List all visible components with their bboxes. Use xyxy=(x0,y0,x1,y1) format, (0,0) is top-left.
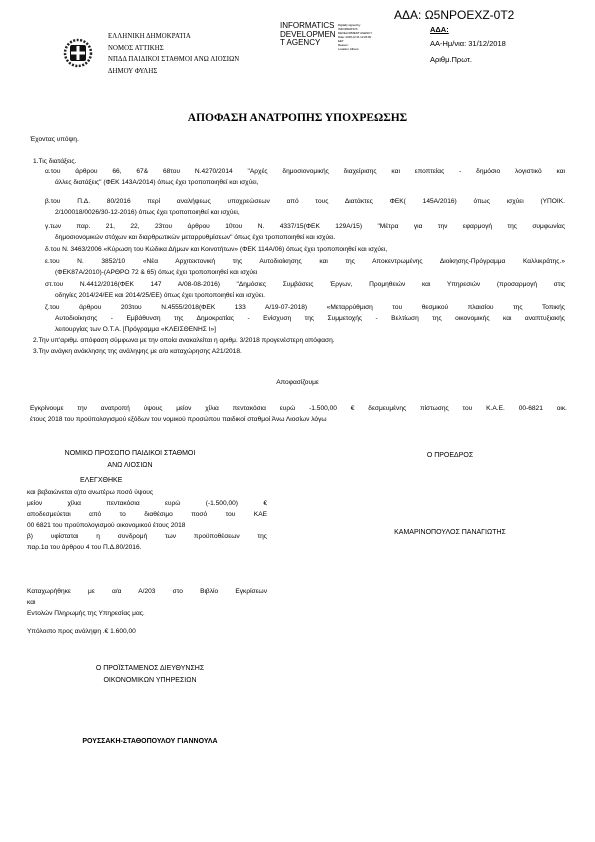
balance-remaining: Υπόλοιπο προς ανάληψη .€ 1.600,00 xyxy=(27,627,136,638)
org-line: ΝΠΔΔ ΠΑΙΔΙΚΟΙ ΣΤΑΘΜΟΙ ΑΝΩ ΛΙΟΣΙΩΝ xyxy=(108,54,239,66)
registered-line3: Εντολών Πληρωμής της Υπηρεσίας μας. xyxy=(27,609,145,620)
director-title-line2: ΟΙΚΟΝΟΜΙΚΩΝ ΥΠΗΡΕΣΙΩΝ xyxy=(30,676,270,687)
director-name: ΡΟΥΣΣΑΚΗ-ΣΤΑΘΟΠΟΥΛΟΥ ΓΙΑΝΝΟΥΛΑ xyxy=(30,737,270,748)
provision-b-line2: 2/100018/0026/30-12-2016) όπως έχει τροπ… xyxy=(55,208,240,219)
document-title: ΑΠΟΦΑΣΗ ΑΝΑΤΡΟΠΗΣ ΥΠΟΧΡΕΩΣΗΣ xyxy=(0,112,595,124)
item-2: 2.Την υπ'αριθμ. απόφαση σύμφωνα με την ο… xyxy=(33,336,335,347)
signing-agency-label: INFORMATICS DEVELOPMEN T AGENCY xyxy=(280,22,336,48)
provision-b-line1: β.του Π.Δ. 80/2016 περί αναλήψεως υποχρε… xyxy=(45,197,565,208)
director-title-line1: Ο ΠΡΟΪΣΤΑΜΕΝΟΣ ΔΙΕΥΘΥΝΣΗΣ xyxy=(30,664,270,675)
agency-line: T AGENCY xyxy=(280,39,336,48)
check-line: μείον χίλια πεντακόσια ευρώ (-1.500,00) … xyxy=(27,499,267,510)
president-name: ΚΑΜΑΡΙΝΟΠΟΥΛΟΣ ΠΑΝΑΓΙΩΤΗΣ xyxy=(330,528,570,539)
registered-line2: και xyxy=(27,598,36,609)
provision-f-line1: στ.του Ν.4412/2016(ΦΕΚ 147 Α/08-08-2016)… xyxy=(45,280,565,291)
provision-a-line2: άλλες διατάξεις" (ΦΕΚ 143Α/2014) όπως έχ… xyxy=(55,178,258,189)
check-line: αποδεσμεύεται από το διαθέσιμο ποσό του … xyxy=(27,510,267,521)
intro-text: Έχοντας υπόψη. xyxy=(30,135,79,146)
signature-line: Location: Athens xyxy=(338,47,372,51)
provision-a-line1: α.του άρθρου 66, 67& 68του Ν.4270/2014 "… xyxy=(45,167,565,178)
provision-g-line2: Αυτοδιοίκησης - Εμβάθυνση της Δημοκρατία… xyxy=(55,314,565,325)
provision-e-line1: ε.του Ν. 3852/10 «Νέα Αρχιτεκτονική της … xyxy=(45,257,565,268)
org-line: ΕΛΛΗΝΙΚΗ ΔΗΜΟΚΡΑΤΙΑ xyxy=(108,31,239,43)
check-line: παρ.1α του άρθρου 4 του Π.Δ.80/2016. xyxy=(27,543,141,554)
ada-label: ΑΔΑ: xyxy=(430,25,449,34)
org-line: ΝΟΜΟΣ ΑΤΤΙΚΗΣ xyxy=(108,43,239,55)
approval-line1: Εγκρίνουμε την ανατροπή ύψους μείον χίλι… xyxy=(30,404,567,415)
decision-heading: Αποφασίζουμε xyxy=(0,378,595,389)
provision-g-line3: λειτουργίας των Ο.Τ.Α. [Πρόγραμμα «ΚΛΕΙΣ… xyxy=(55,325,216,336)
provision-e-line2: (ΦΕΚ87Α/2010)-(ΑΡΘΡΟ 72 & 65) όπως έχει … xyxy=(55,268,257,279)
president-role: Ο ΠΡΟΕΔΡΟΣ xyxy=(330,451,570,462)
org-header: ΕΛΛΗΝΙΚΗ ΔΗΜΟΚΡΑΤΙΑ ΝΟΜΟΣ ΑΤΤΙΚΗΣ ΝΠΔΔ Π… xyxy=(108,31,239,77)
protocol-number-label: Αριθμ.Πρωτ. xyxy=(430,55,472,64)
date-label: ΑΑ-Ημ/νια: 31/12/2018 xyxy=(430,39,506,48)
approval-line2: έτους 2018 του προϋπολογισμού εξόδων του… xyxy=(30,415,327,426)
check-line: β) υφίσταται η συνδρομή των προϋποθέσεων… xyxy=(27,532,267,543)
org-line: ΔΗΜΟΥ ΦΥΛΗΣ xyxy=(108,66,239,78)
check-line: και βεβαιώνεται α)το ανωτέρω ποσό ύψους xyxy=(27,488,153,499)
registered-line1: Καταχωρήθηκε με α/α Α/203 στο Βιβλίο Εγκ… xyxy=(27,587,267,598)
provision-c-line1: γ.των παρ. 21, 22, 23του άρθρου 10του Ν.… xyxy=(45,222,565,233)
greek-emblem-icon xyxy=(63,38,93,68)
provision-g-line1: ζ.του άρθρου 203του Ν.4555/2018(ΦΕΚ 133 … xyxy=(45,303,565,314)
provision-f-line2: οδηγίες 2014/24/ΕΕ και 2014/25/ΕΕ) όπως … xyxy=(55,291,265,302)
provision-c-line2: δημοσιονομικών στόχων και διαρθρωτικών μ… xyxy=(55,233,335,244)
provisions-heading: 1.Τις διατάξεις. xyxy=(33,157,76,168)
provision-d-line1: δ.του Ν. 3463/2006 «Κύρωση του Κώδικα Δή… xyxy=(45,245,387,256)
ada-code: ΑΔΑ: Ω5ΝΡΟΕΧΖ-0Τ2 xyxy=(394,8,514,22)
checked-label: ΕΛΕΓΧΘΗΚΕ xyxy=(80,476,122,487)
legal-entity-line2: ΑΝΩ ΛΙΟΣΙΩΝ xyxy=(30,461,230,472)
legal-entity-line1: ΝΟΜΙΚΟ ΠΡΟΣΩΠΟ ΠΑΙΔΙΚΟΙ ΣΤΑΘΜΟΙ xyxy=(30,449,230,460)
item-3: 3.Την ανάγκη ανάκλησης της ανάληψης με α… xyxy=(33,347,242,358)
digital-signature-details: Digitally signed by INFORMATICS DEVELOPM… xyxy=(338,23,372,51)
check-line: 00 6821 του προϋπολογισμού οικονομικού έ… xyxy=(27,521,185,532)
